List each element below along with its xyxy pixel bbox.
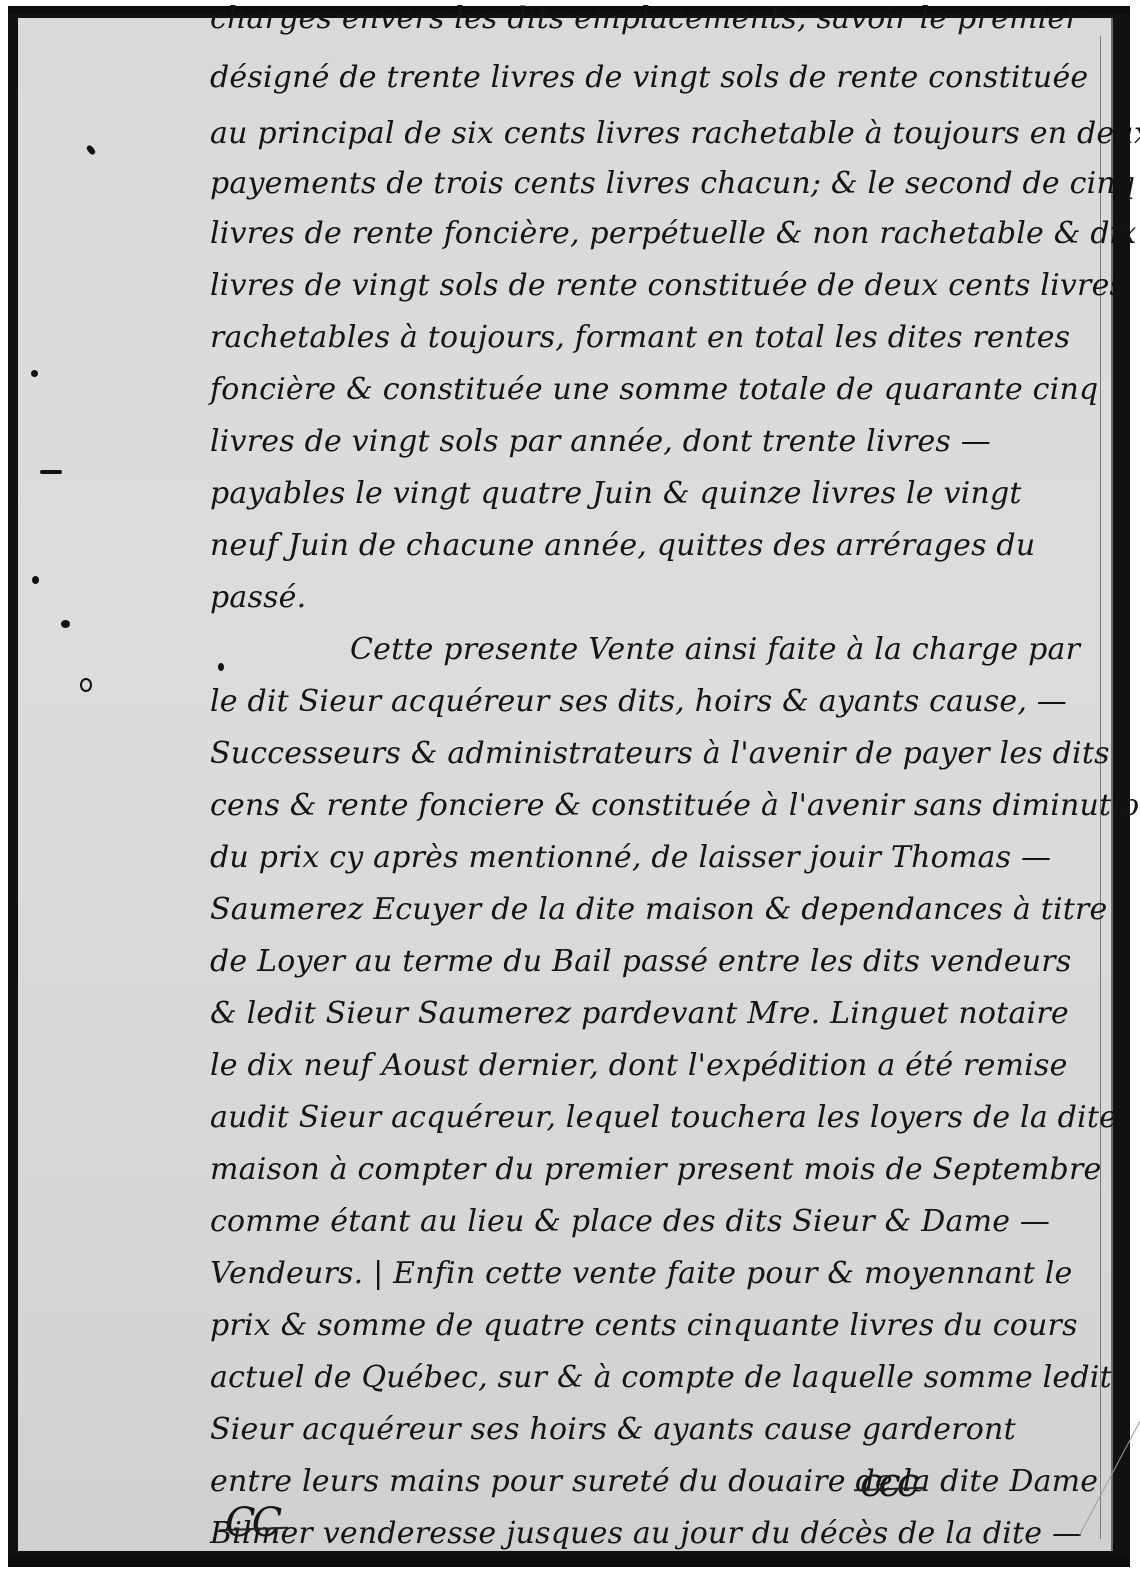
ink-curl-mark [80, 678, 92, 692]
text-line: neuf Juin de chacune année, quittes des … [210, 512, 1090, 564]
text-line: prix & somme de quatre cents cinquante l… [210, 1292, 1090, 1344]
ink-dot-mark [32, 576, 39, 584]
text-line: livres de rente foncière, perpétuelle & … [210, 200, 1090, 252]
ink-blot-mark [85, 144, 96, 156]
text-line: maison à compter du premier present mois… [210, 1136, 1090, 1188]
ink-dot-mark [61, 620, 70, 628]
ink-dash-mark [40, 470, 62, 474]
text-line: comme étant au lieu & place des dits Sie… [210, 1188, 1090, 1240]
text-line: Successeurs & administrateurs à l'avenir… [210, 720, 1090, 772]
text-line: payements de trois cents livres chacun; … [210, 150, 1090, 200]
text-line: foncière & constituée une somme totale d… [210, 356, 1090, 408]
text-line: le dix neuf Aoust dernier, dont l'expédi… [210, 1032, 1090, 1084]
text-line: au principal de six cents livres racheta… [210, 100, 1090, 150]
initials-left: CC [225, 1500, 278, 1546]
left-margin [0, 0, 200, 1575]
initials-right: ccc [860, 1460, 915, 1506]
text-line: charges envers les dits emplacements, sa… [210, 4, 1090, 44]
text-line: actuel de Québec, sur & à compte de laqu… [210, 1344, 1090, 1396]
text-line: du prix cy après mentionné, de laisser j… [210, 824, 1090, 876]
paragraph-start-line: Cette presente Vente ainsi faite à la ch… [210, 616, 1090, 668]
text-line: cens & rente fonciere & constituée à l'a… [210, 772, 1090, 824]
text-line: audit Sieur acquéreur, lequel touchera l… [210, 1084, 1090, 1136]
text-line: le dit Sieur acquéreur ses dits, hoirs &… [210, 668, 1090, 720]
text-line: désigné de trente livres de vingt sols d… [210, 44, 1090, 100]
text-line: passé. [210, 564, 1090, 616]
text-line: & ledit Sieur Saumerez pardevant Mre. Li… [210, 980, 1090, 1032]
text-line: Bilmer venderesse jusques au jour du déc… [210, 1500, 1090, 1552]
text-line: livres de vingt sols de rente constituée… [210, 252, 1090, 304]
text-line: rachetables à toujours, formant en total… [210, 304, 1090, 356]
text-line: de Loyer au terme du Bail passé entre le… [210, 928, 1090, 980]
text-line: Saumerez Ecuyer de la dite maison & depe… [210, 876, 1090, 928]
text-line: entre leurs mains pour sureté du douaire… [210, 1448, 1090, 1500]
text-line: payables le vingt quatre Juin & quinze l… [210, 460, 1090, 512]
scan-frame: charges envers les dits emplacements, sa… [0, 0, 1140, 1575]
text-line: livres de vingt sols par année, dont tre… [210, 408, 1090, 460]
ink-dot-mark [31, 370, 38, 377]
text-line: Sieur acquéreur ses hoirs & ayants cause… [210, 1396, 1090, 1448]
manuscript-text: charges envers les dits emplacements, sa… [210, 4, 1090, 1552]
text-line: Vendeurs. | Enfin cette vente faite pour… [210, 1240, 1090, 1292]
